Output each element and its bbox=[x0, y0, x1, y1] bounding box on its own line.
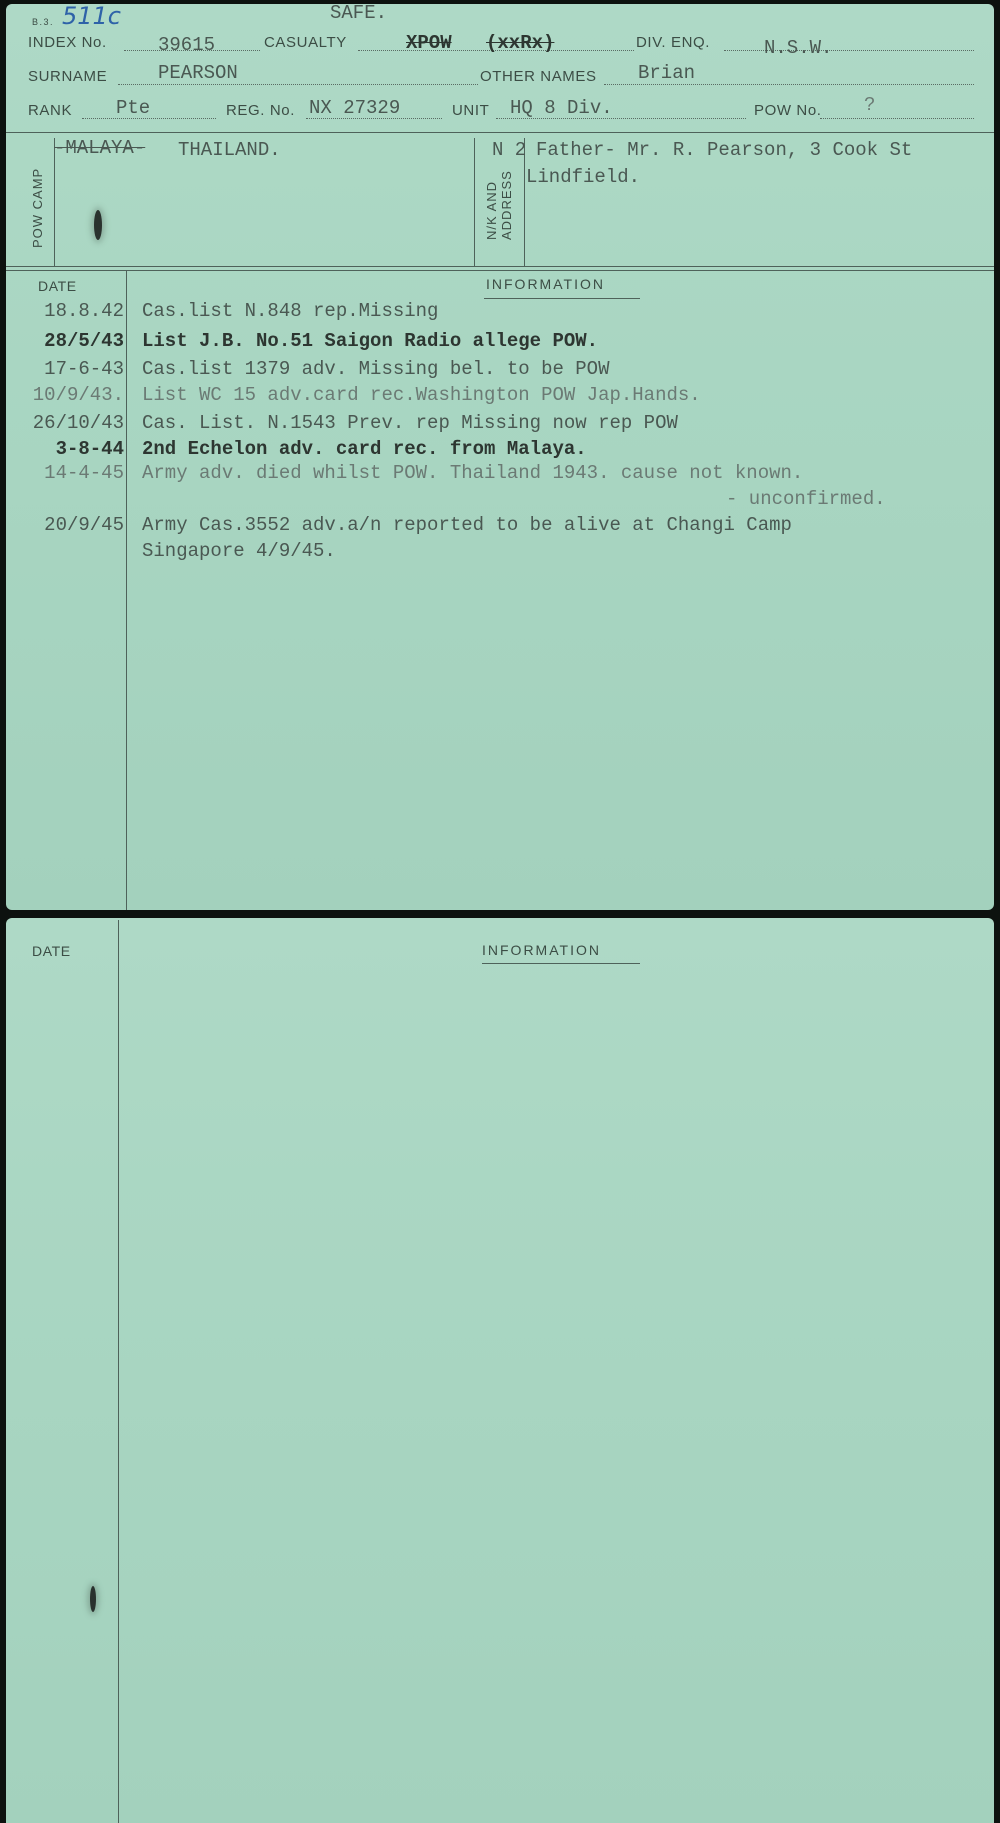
index-card-back: DATE INFORMATION bbox=[6, 918, 994, 1823]
row-date: 10/9/43. bbox=[16, 384, 124, 406]
index-no-value: 39615 bbox=[158, 34, 215, 56]
row-info: List WC 15 adv.card rec.Washington POW J… bbox=[142, 384, 701, 406]
row-date: 14-4-45 bbox=[16, 462, 124, 484]
nok-address-line2: Lindfield. bbox=[526, 166, 640, 188]
surname-value: PEARSON bbox=[158, 62, 238, 84]
surname-label: SURNAME bbox=[28, 68, 107, 85]
row-date: 18.8.42 bbox=[16, 300, 124, 322]
row-info: Cas. List. N.1543 Prev. rep Missing now … bbox=[142, 412, 678, 434]
pow-no-label: POW No. bbox=[754, 102, 822, 119]
row-date: 26/10/43 bbox=[16, 412, 124, 434]
pow-camp-label: POW CAMP bbox=[30, 168, 45, 248]
date-header: DATE bbox=[38, 278, 77, 294]
unit-label: UNIT bbox=[452, 102, 489, 119]
row-info: Army adv. died whilst POW. Thailand 1943… bbox=[142, 462, 803, 484]
casualty-value-struck: XPOW bbox=[406, 32, 452, 54]
row-info: List J.B. No.51 Saigon Radio allege POW. bbox=[142, 330, 598, 352]
information-header: INFORMATION bbox=[486, 276, 605, 292]
casualty-label: CASUALTY bbox=[264, 34, 347, 51]
row-date: 20/9/45 bbox=[16, 514, 124, 536]
unit-value: HQ 8 Div. bbox=[510, 97, 613, 119]
pow-no-value: ? bbox=[864, 94, 875, 116]
row-date: 28/5/43 bbox=[16, 330, 124, 352]
safe-stamp: SAFE. bbox=[330, 2, 387, 24]
pow-camp-struck: -MALAYA- bbox=[54, 137, 145, 159]
row-info: Army Cas.3552 adv.a/n reported to be ali… bbox=[142, 514, 792, 536]
punch-hole bbox=[94, 210, 102, 240]
form-code: B.3. bbox=[32, 17, 54, 27]
rank-label: RANK bbox=[28, 102, 72, 119]
rank-value: Pte bbox=[116, 97, 150, 119]
row-info: Cas.list 1379 adv. Missing bel. to be PO… bbox=[142, 358, 609, 380]
other-names-label: OTHER NAMES bbox=[480, 68, 597, 85]
div-enq-value: N.S.W. bbox=[764, 37, 832, 59]
row-info: 2nd Echelon adv. card rec. from Malaya. bbox=[142, 438, 587, 460]
other-names-value: Brian bbox=[638, 62, 695, 84]
row-info: Cas.list N.848 rep.Missing bbox=[142, 300, 438, 322]
index-card-front: B.3. 511c SAFE. INDEX No. 39615 CASUALTY… bbox=[6, 4, 994, 910]
row-info-continued: Singapore 4/9/45. bbox=[142, 540, 336, 562]
punch-hole-back bbox=[90, 1586, 96, 1612]
row-date: 3-8-44 bbox=[16, 438, 124, 460]
back-information-header: INFORMATION bbox=[482, 942, 601, 958]
index-no-label: INDEX No. bbox=[28, 34, 107, 51]
nok-label-line2: ADDRESS bbox=[499, 170, 514, 240]
row-info-continued: - unconfirmed. bbox=[726, 488, 886, 510]
row-date: 17-6-43 bbox=[16, 358, 124, 380]
div-enq-label: DIV. ENQ. bbox=[636, 34, 710, 51]
back-date-header: DATE bbox=[32, 943, 71, 959]
pow-camp-value: THAILAND. bbox=[178, 139, 281, 161]
casualty-value-struck-2: (xxRx) bbox=[486, 32, 554, 54]
handwritten-mark: 511c bbox=[62, 2, 121, 30]
reg-no-label: REG. No. bbox=[226, 102, 295, 119]
nok-address-line1: Father- Mr. R. Pearson, 3 Cook St bbox=[536, 139, 912, 161]
nok-label-line1: N/K AND bbox=[484, 181, 499, 240]
reg-no-value: NX 27329 bbox=[309, 97, 400, 119]
nok-prefix: N 2 bbox=[492, 139, 526, 161]
